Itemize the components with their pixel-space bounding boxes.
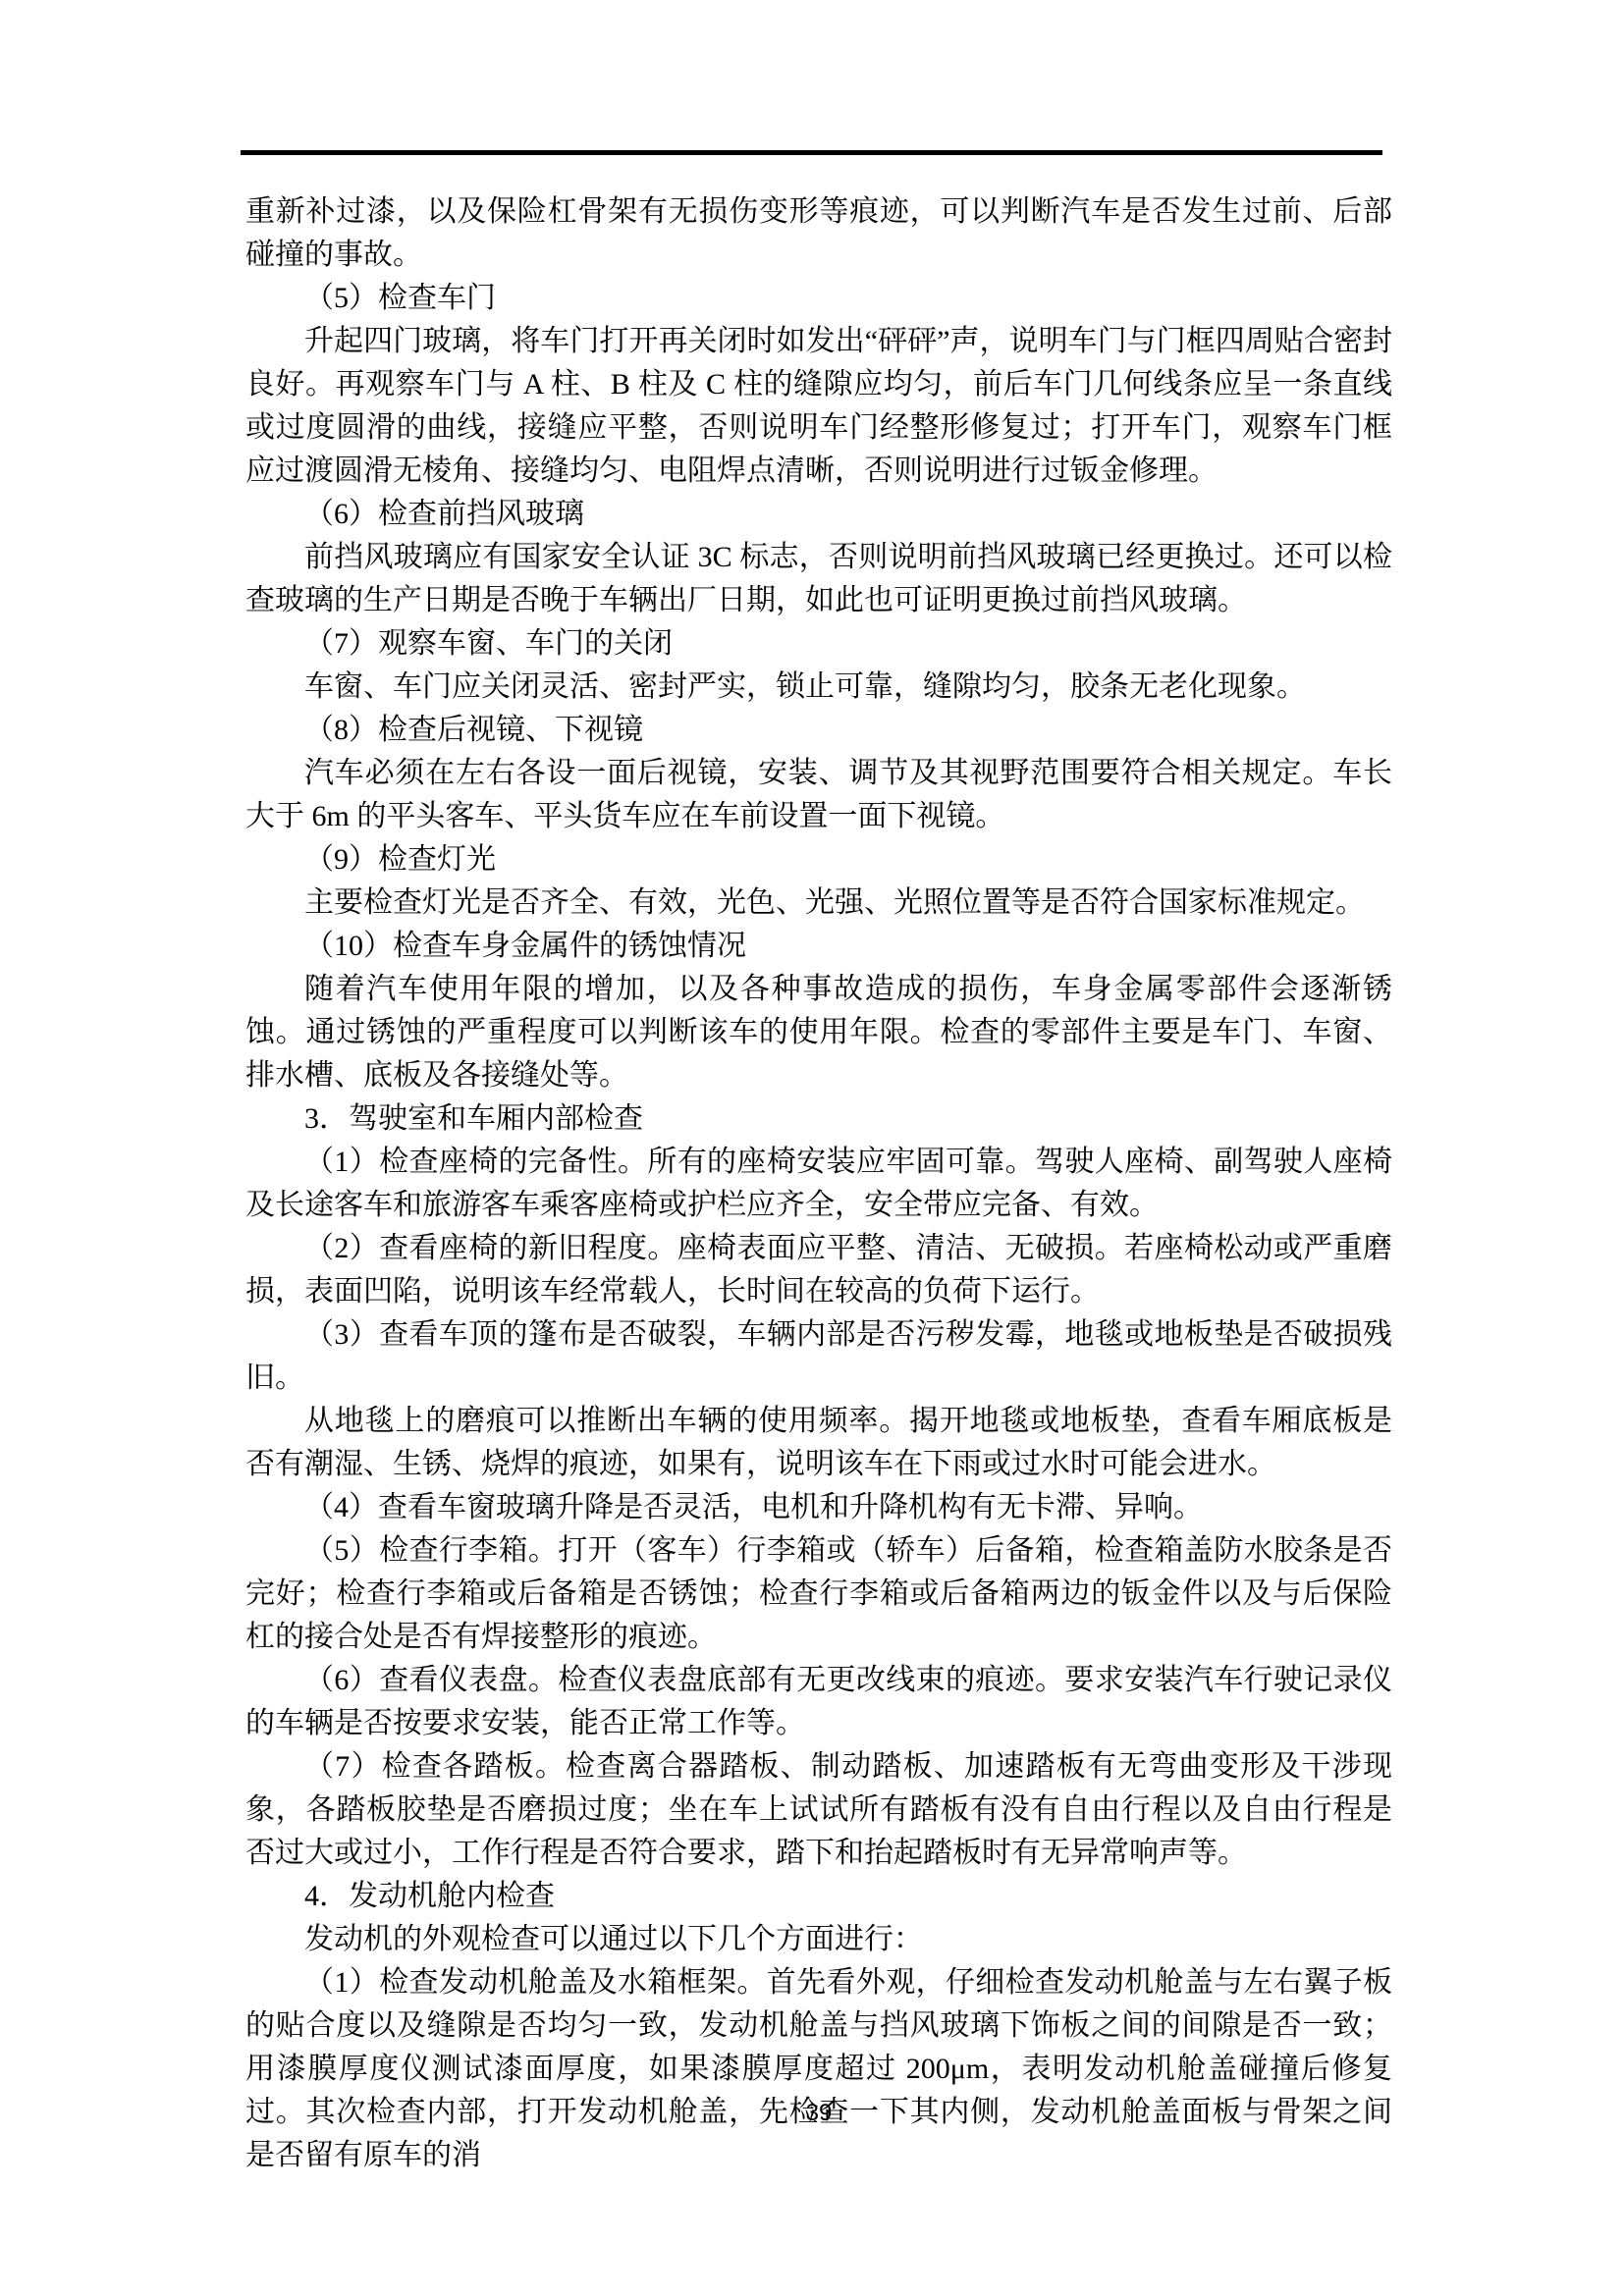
paragraph: （5）检查行李箱。打开（客车）行李箱或（轿车）后备箱，检查箱盖防水胶条是否完好；… <box>245 1529 1392 1659</box>
page-footer: 39 <box>245 2099 1392 2128</box>
paragraph: （6）查看仪表盘。检查仪表盘底部有无更改线束的痕迹。要求安装汽车行驶记录仪的车辆… <box>245 1659 1392 1745</box>
paragraph: 随着汽车使用年限的增加，以及各种事故造成的损伤，车身金属零部件会逐渐锈蚀。通过锈… <box>245 968 1392 1097</box>
paragraph: （7）检查各踏板。检查离合器踏板、制动踏板、加速踏板有无弯曲变形及干涉现象，各踏… <box>245 1745 1392 1875</box>
paragraph: （6）检查前挡风玻璃 <box>245 493 1392 536</box>
paragraph: （7）观察车窗、车门的关闭 <box>245 622 1392 666</box>
paragraph: 汽车必须在左右各设一面后视镜，安装、调节及其视野范围要符合相关规定。车长大于 6… <box>245 752 1392 838</box>
paragraph: （1）检查座椅的完备性。所有的座椅安装应牢固可靠。驾驶人座椅、副驾驶人座椅及长途… <box>245 1141 1392 1227</box>
paragraph: （3）查看车顶的篷布是否破裂，车辆内部是否污秽发霉，地毯或地板垫是否破损残旧。 <box>245 1313 1392 1400</box>
paragraph: （5）检查车门 <box>245 277 1392 320</box>
paragraph: 升起四门玻璃，将车门打开再关闭时如发出“砰砰”声，说明车门与门框四周贴合密封良好… <box>245 320 1392 493</box>
paragraph: 从地毯上的磨痕可以推断出车辆的使用频率。揭开地毯或地板垫，查看车厢底板是否有潮湿… <box>245 1400 1392 1486</box>
paragraph: （9）检查灯光 <box>245 838 1392 881</box>
paragraph: （8）检查后视镜、下视镜 <box>245 709 1392 752</box>
document-page: 重新补过漆，以及保险杠骨架有无损伤变形等痕迹，可以判断汽车是否发生过前、后部碰撞… <box>0 0 1624 2296</box>
paragraph: 车窗、车门应关闭灵活、密封严实，锁止可靠，缝隙均匀，胶条无老化现象。 <box>245 666 1392 709</box>
paragraph: （2）查看座椅的新旧程度。座椅表面应平整、清洁、无破损。若座椅松动或严重磨损，表… <box>245 1227 1392 1313</box>
header-rule <box>241 150 1382 155</box>
paragraph: 重新补过漆，以及保险杠骨架有无损伤变形等痕迹，可以判断汽车是否发生过前、后部碰撞… <box>245 190 1392 277</box>
paragraph: 3．驾驶室和车厢内部检查 <box>245 1097 1392 1141</box>
paragraph: （1）检查发动机舱盖及水箱框架。首先看外观，仔细检查发动机舱盖与左右翼子板的贴合… <box>245 1961 1392 2177</box>
page-number: 39 <box>806 2100 833 2126</box>
body-text: 重新补过漆，以及保险杠骨架有无损伤变形等痕迹，可以判断汽车是否发生过前、后部碰撞… <box>245 190 1392 2177</box>
paragraph: （10）检查车身金属件的锈蚀情况 <box>245 925 1392 968</box>
paragraph: 主要检查灯光是否齐全、有效，光色、光强、光照位置等是否符合国家标准规定。 <box>245 881 1392 925</box>
paragraph: 发动机的外观检查可以通过以下几个方面进行： <box>245 1918 1392 1961</box>
paragraph: （4）查看车窗玻璃升降是否灵活，电机和升降机构有无卡滞、异响。 <box>245 1486 1392 1529</box>
paragraph: 4．发动机舱内检查 <box>245 1875 1392 1918</box>
paragraph: 前挡风玻璃应有国家安全认证 3C 标志，否则说明前挡风玻璃已经更换过。还可以检查… <box>245 536 1392 622</box>
